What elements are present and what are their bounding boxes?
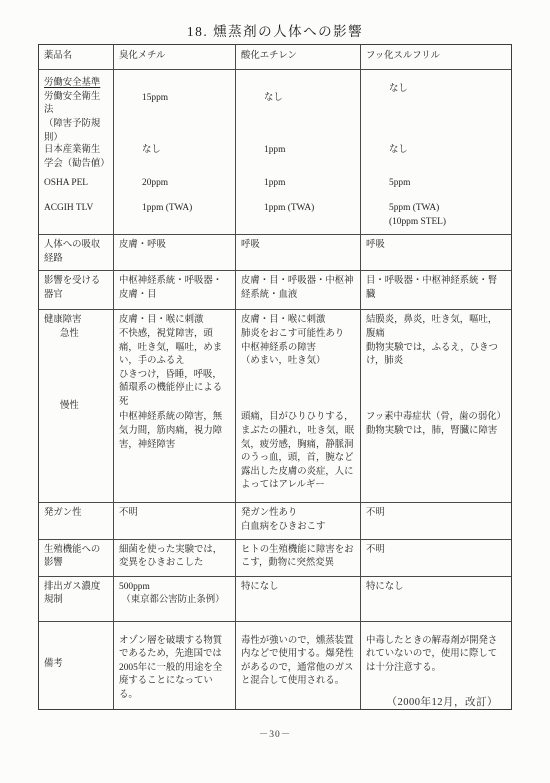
organs-sulfuryl-fluoride: 目・呼吸器・中枢神経系統・腎臓 <box>361 271 511 309</box>
row-emission-regulation: 排出ガス濃度規制 500ppm （東京都公害防止条例） 特になし 特になし <box>39 577 511 622</box>
label-osha-pel: OSHA PEL <box>39 177 113 202</box>
row-reproductive-effects: 生殖機能への影響 細菌を使った実験では，変異をひきおこした ヒトの生殖機能に障害… <box>39 540 511 577</box>
carcinogenicity-methyl-bromide: 不明 <box>114 503 236 538</box>
remarks-label: 備考 <box>39 622 114 709</box>
page-number: －30－ <box>0 726 550 740</box>
health-ethylene-oxide: 皮膚・目・喉に刺激 肺炎をおこす可能性あり 中枢神経系の障害 （めまい，吐き気）… <box>236 310 361 502</box>
acute-effects: 結膜炎，鼻炎，吐き気，嘔吐，腹痛 動物実験では，ふるえ，ひきつけ，肺炎 <box>366 314 506 411</box>
limit-value: なし <box>236 70 360 144</box>
reproductive-effects-label: 生殖機能への影響 <box>39 540 114 576</box>
limit-value: 1ppm (TWA) <box>114 202 235 220</box>
limits-methyl-bromide: 15ppm なし 20ppm 1ppm (TWA) <box>114 70 236 234</box>
label-labor-safety-standard: 労働安全基準 労働安全衛生法 （障害予防規則） <box>39 70 113 144</box>
health-methyl-bromide: 皮膚・目・喉に刺激 不快感，視覚障害，頭痛，吐き気，嘔吐，めまい，手のふるえ ひ… <box>114 310 236 502</box>
limits-ethylene-oxide: なし 1ppm 1ppm 1ppm (TWA) <box>236 70 361 234</box>
health-damage-label: 健康障害 <box>44 314 108 328</box>
absorption-ethylene-oxide: 呼吸 <box>236 235 361 270</box>
remarks-ethylene-oxide: 毒性が強いので，燻蒸装置内などで使用する。爆発性があるので，通常他のガスと混合し… <box>236 622 361 709</box>
carcinogenicity-sulfuryl-fluoride: 不明 <box>361 503 511 538</box>
health-damage-labels: 健康障害 急性 慢性 <box>39 310 114 502</box>
label-industrial-safety-health-law: 労働安全衛生法 <box>44 91 108 118</box>
revision-note: （2000年12月，改訂） <box>387 694 499 709</box>
limit-value: 20ppm <box>114 177 235 202</box>
limit-value: 5ppm (TWA) (10ppm STEL) <box>361 202 511 233</box>
limit-value: 1ppm <box>236 144 360 177</box>
page-title: 18. 燻蒸剤の人体への影響 <box>0 20 550 40</box>
emission-regulation-label: 排出ガス濃度規制 <box>39 577 114 621</box>
row-exposure-limits: 労働安全基準 労働安全衛生法 （障害予防規則） 日本産業衛生学会（勧告値） OS… <box>39 70 511 235</box>
health-sulfuryl-fluoride: 結膜炎，鼻炎，吐き気，嘔吐，腹痛 動物実験では，ふるえ，ひきつけ，肺炎 フッ素中… <box>361 310 511 502</box>
reproduction-methyl-bromide: 細菌を使った実験では，変異をひきおこした <box>114 540 236 576</box>
absorption-methyl-bromide: 皮膚・呼吸 <box>114 235 236 270</box>
limit-value: 5ppm <box>361 177 511 202</box>
limit-value: なし <box>361 144 511 177</box>
carcinogenicity-label: 発ガン性 <box>39 503 114 538</box>
reproduction-sulfuryl-fluoride: 不明 <box>361 540 511 576</box>
label-injury-prevention-rules: （障害予防規則） <box>44 118 108 145</box>
header-cell-chemical-name: 薬品名 <box>39 45 114 69</box>
header-cell-methyl-bromide: 臭化メチル <box>114 45 236 69</box>
chronic-effects: 中枢神経系統の障害，無気力間，筋肉痛，視力障害，神経障害 <box>119 411 230 452</box>
reproduction-ethylene-oxide: ヒトの生殖機能に障害をおこす，動物に突然変異 <box>236 540 361 576</box>
label-jsoh-recommended: 日本産業衛生学会（勧告値） <box>39 144 113 177</box>
limit-value: なし <box>361 70 511 144</box>
table-header-row: 薬品名 臭化メチル 酸化エチレン フッ化スルフリル <box>39 45 511 70</box>
row-affected-organs: 影響を受ける器官 中枢神経系統・呼吸器・皮膚・目 皮膚・目・呼吸器・中枢神経系統… <box>39 271 511 310</box>
chronic-effects: 頭痛，目がひりひりする，まぶたの腫れ，吐き気，眠気，疲労感，胸痛，静脈洞のうっ血… <box>241 411 355 493</box>
fumigant-effects-table: 薬品名 臭化メチル 酸化エチレン フッ化スルフリル 労働安全基準 労働安全衛生法… <box>38 44 512 710</box>
limit-value: 15ppm <box>114 70 235 144</box>
limit-value: なし <box>114 144 235 177</box>
limits-sulfuryl-fluoride: なし なし 5ppm 5ppm (TWA) (10ppm STEL) <box>361 70 511 234</box>
absorption-route-label: 人体への吸収経路 <box>39 235 114 270</box>
absorption-sulfuryl-fluoride: 呼吸 <box>361 235 511 270</box>
remarks-methyl-bromide: オゾン層を破壊する物質であるため，先進国では 2005年に一般的用途を全廃するこ… <box>114 622 236 709</box>
affected-organs-label: 影響を受ける器官 <box>39 271 114 309</box>
acute-effects: 皮膚・目・喉に刺激 不快感，視覚障害，頭痛，吐き気，嘔吐，めまい，手のふるえ ひ… <box>119 314 230 411</box>
emission-sulfuryl-fluoride: 特になし <box>361 577 511 621</box>
emission-ethylene-oxide: 特になし <box>236 577 361 621</box>
row-health-damage: 健康障害 急性 慢性 皮膚・目・喉に刺激 不快感，視覚障害，頭痛，吐き気，嘔吐，… <box>39 310 511 503</box>
chronic-label: 慢性 <box>44 400 108 414</box>
label-acgih-tlv: ACGIH TLV <box>39 202 113 220</box>
chronic-effects: フッ素中毒症状（骨，歯の弱化） 動物実験では，肺，腎臓に障害 <box>366 411 506 438</box>
header-cell-sulfuryl-fluoride: フッ化スルフリル <box>361 45 511 69</box>
acute-label: 急性 <box>44 328 108 342</box>
header-cell-ethylene-oxide: 酸化エチレン <box>236 45 361 69</box>
organs-ethylene-oxide: 皮膚・目・呼吸器・中枢神経系統・血液 <box>236 271 361 309</box>
carcinogenicity-ethylene-oxide: 発ガン性あり 白血病をひきおこす <box>236 503 361 538</box>
row-carcinogenicity: 発ガン性 不明 発ガン性あり 白血病をひきおこす 不明 <box>39 503 511 539</box>
emission-methyl-bromide: 500ppm （東京都公害防止条例） <box>114 577 236 621</box>
limit-value: 1ppm <box>236 177 360 202</box>
acute-effects: 皮膚・目・喉に刺激 肺炎をおこす可能性あり 中枢神経系の障害 （めまい，吐き気） <box>241 314 355 411</box>
label-labor-safety-standard-title: 労働安全基準 <box>44 78 100 88</box>
exposure-limits-labels: 労働安全基準 労働安全衛生法 （障害予防規則） 日本産業衛生学会（勧告値） OS… <box>39 70 114 234</box>
organs-methyl-bromide: 中枢神経系統・呼吸器・皮膚・目 <box>114 271 236 309</box>
row-absorption-route: 人体への吸収経路 皮膚・呼吸 呼吸 呼吸 <box>39 235 511 271</box>
limit-value: 1ppm (TWA) <box>236 202 360 220</box>
